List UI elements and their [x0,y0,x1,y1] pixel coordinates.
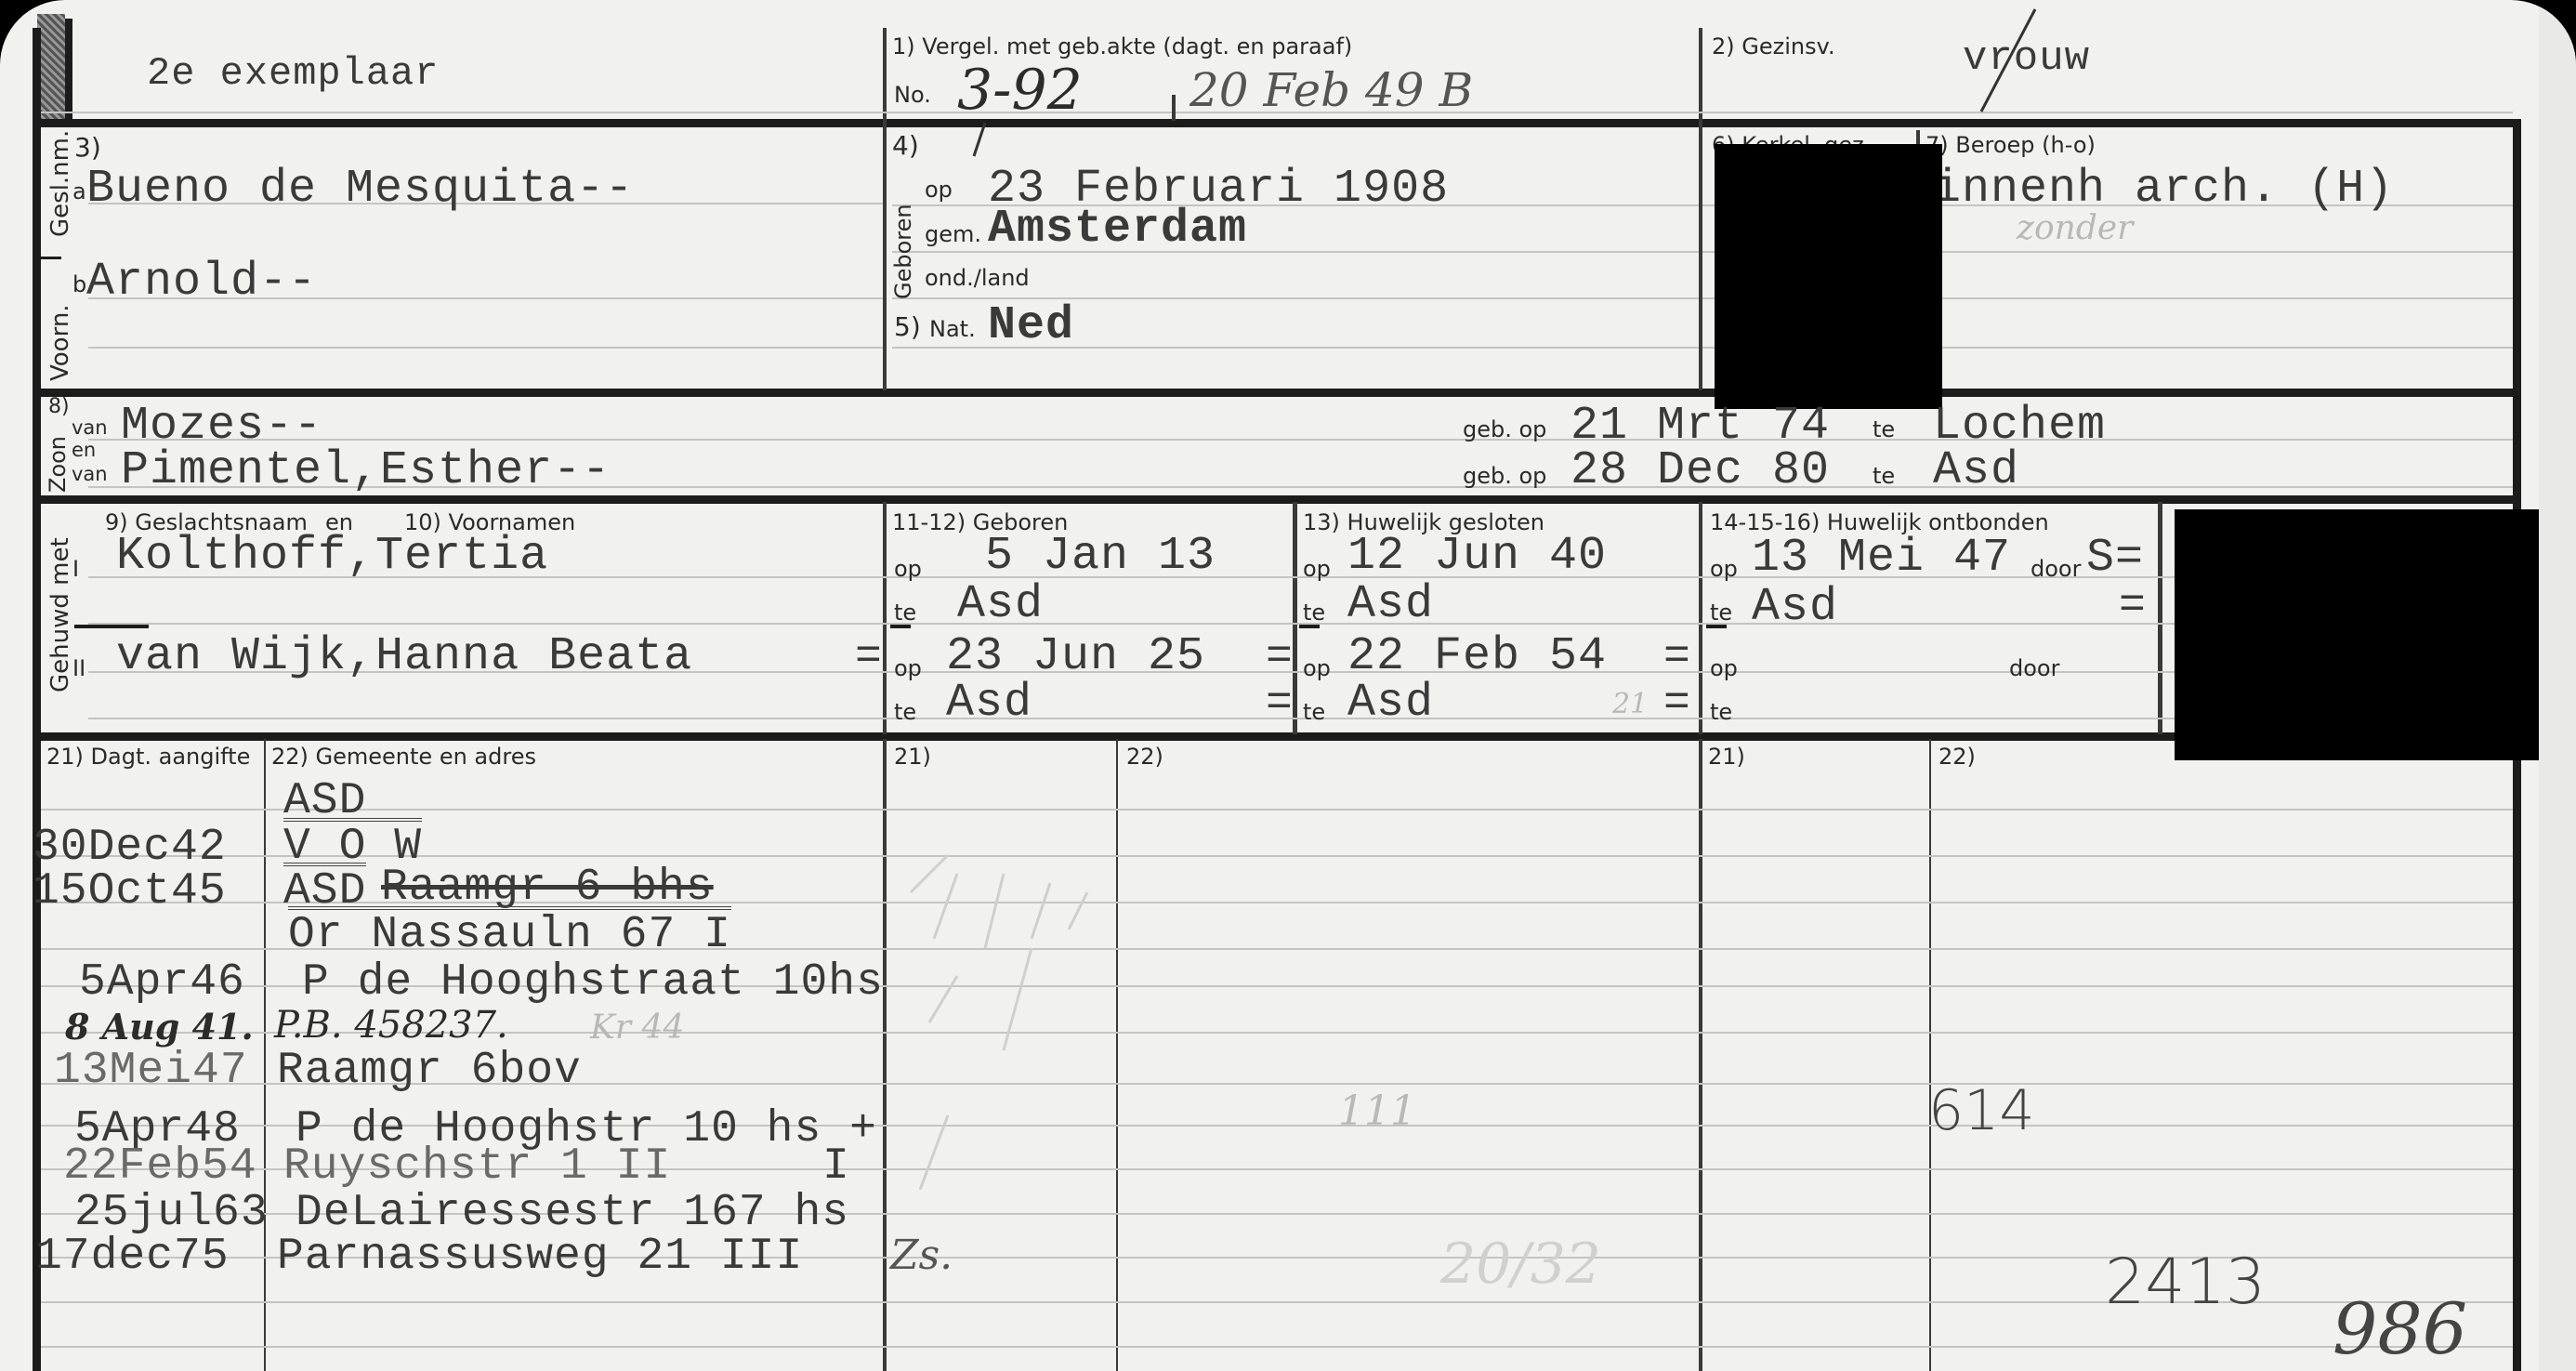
address-entry: Raamgr 6bov [277,1046,582,1096]
pencil-note: Kr 44 [590,1008,684,1047]
header-21: 21) [1708,744,1745,770]
father-geb-label: geb. op [1463,416,1546,442]
address-entry-struck: Raamgr 6 bhs [381,863,714,913]
address-date: 13Mei47 [54,1046,248,1096]
ditto-mark: = [1663,679,1691,729]
frame-line-row2 [33,389,2521,397]
mother-te-label: te [1873,463,1895,489]
field2-label: 2) Gezinsv. [1712,33,1835,59]
spouse-roman: II [72,655,85,681]
pencil-number: 20/32 [1440,1232,1601,1297]
divider [1699,739,1702,1371]
frame-strip [65,19,72,125]
spouse-married-date: 22 Feb 54 [1347,630,1607,683]
father-van-label: van [72,416,108,439]
field1-date-paraaf: 20 Feb 49 B [1189,63,1473,117]
spouse-dissolved-place: Asd [1752,581,1838,634]
handwritten-mark: Zs. [890,1232,953,1279]
header-22: 22) [1939,744,1976,770]
torn-edge [37,14,65,125]
redaction-box [1715,144,1942,409]
side-label-firstname: Voorn. [46,304,74,381]
te-label: te [1710,600,1732,626]
spouse-name: van Wijk,Hanna Beata [116,630,692,683]
handwritten-number-614: 614 [1928,1078,2035,1143]
address-date: 22Feb54 [63,1141,257,1192]
profession-value: innenh arch. (H) [1933,163,2394,216]
header-dagt-aangifte: 21) Dagt. aangifte [46,744,250,770]
address-entry: DeLairessestr 167 hs [296,1188,849,1238]
pencil-scribble-icon [892,837,1171,1190]
birth-ond-label: ond./land [925,265,1030,291]
address-date: 17dec75 [35,1232,230,1282]
spouse-married-place: Asd [1347,677,1434,730]
copy-label: 2e exemplaar [147,51,439,96]
address-date: 30Dec42 [33,823,227,873]
field4-number: 4) [892,130,919,161]
address-date: 25jul63 [74,1188,269,1238]
op-label: op [894,556,922,582]
address-date: 15Oct45 [33,866,227,916]
spouse-born-date: 5 Jan 13 [985,530,1216,583]
spouse-dissolved-by: S= [2086,532,2144,585]
field5-number: 5) [894,311,921,342]
side-label-zoon: Zoon [45,436,71,493]
te-label: te [1303,699,1325,725]
frame-left [33,28,41,1371]
ditto-mark: = [2119,581,2147,631]
separator [1706,625,1727,628]
firstname-value: Arnold-- [86,256,317,309]
ditto-mark: = [1663,632,1691,682]
divider [1699,28,1702,390]
nationality-value: Ned [988,299,1074,352]
firstname-marker: b [72,271,86,297]
mother-birth-place: Asd [1933,444,2019,497]
population-register-card: 2e exemplaar 1) Vergel. met geb.akte (da… [0,0,2576,1371]
header-21: 21) [894,744,931,770]
mother-birth-date: 28 Dec 80 [1571,444,1830,497]
door-label: door [2009,655,2059,681]
divider [1929,739,1931,1371]
handwritten-number-2413: 2413 [2105,1246,2266,1319]
address-suffix: I [822,1141,850,1192]
side-label-gehuwd: Gehuwd met [46,537,74,692]
spouse-born-place: Asd [946,677,1032,730]
op-label: op [894,655,922,681]
en-label: en [72,439,96,461]
father-te-label: te [1873,416,1895,442]
divider [1699,502,1702,734]
op-label: op [1303,556,1331,582]
separator [37,257,61,259]
pen-stroke-icon [957,121,994,158]
header-22: 22) [1126,744,1163,770]
header-gemeente-adres: 22) Gemeente en adres [271,744,536,770]
field8-number: 8) [48,395,70,418]
handwritten-number-986: 986 [2333,1287,2467,1370]
op-label: op [1303,655,1331,681]
birth-gem-label: gem. [925,221,981,247]
nationality-label: Nat. [929,316,976,342]
ditto-mark: = [1266,679,1294,729]
ditto-mark: = [855,632,883,682]
te-label: te [894,699,916,725]
field1-label: 1) Vergel. met geb.akte (dagt. en paraaf… [892,33,1352,59]
address-entry: Parnassusweg 21 III [277,1232,803,1282]
separator [74,625,149,628]
te-label: te [894,600,916,626]
frame-line-row4 [33,732,2521,741]
te-label: te [1710,699,1732,725]
side-label-geboren: Geboren [890,204,916,299]
surname-marker: a [72,178,86,204]
profession-pencil-note: zonder [2017,209,2133,247]
spouse-married-place: Asd [1347,578,1434,631]
divider [883,739,887,1371]
birth-op-label: op [925,177,953,203]
separator [890,625,911,628]
divider [883,28,887,390]
spouse-dissolved-date: 13 Mei 47 [1752,532,2011,585]
door-label: door [2031,556,2081,582]
side-label-surname: Gesl.nm. [46,130,74,237]
frame-line-top-row [33,119,2521,127]
field3-number: 3) [74,132,101,163]
ditto-mark: = [1266,632,1294,682]
divider [264,739,266,1371]
pencil-note: 21 [1612,688,1648,720]
address-entry: P de Hooghstraat 10hs [302,957,884,1008]
field7-label: 7) Beroep (h-o) [1925,132,2096,158]
op-label: op [1710,556,1738,582]
separator [1299,625,1320,628]
mother-geb-label: geb. op [1463,463,1546,489]
mother-van-label: van [72,463,108,485]
op-label: op [1710,655,1738,681]
surname-value: Bueno de Mesquita-- [86,163,634,216]
birth-place: Amsterdam [988,203,1247,256]
spouse-name: Kolthoff,Tertia [116,530,548,583]
address-entry-handwritten: P.B. 458237. [274,1004,508,1047]
mother-name: Pimentel,Esther-- [121,444,611,497]
address-entry: Ruyschstr 1 II [283,1141,671,1192]
tick-mark [1172,95,1176,121]
spouse-roman: I [72,556,79,582]
address-entry: Or Nassauln 67 I [288,906,731,960]
spouse-born-date: 23 Jun 25 [946,630,1205,683]
slash-mark-icon [1970,5,2044,116]
address-date-handwritten: 8 Aug 41. [65,1006,254,1048]
divider [2158,502,2162,734]
field1-no-value: 3-92 [957,58,1083,123]
spouse-married-date: 12 Jun 40 [1347,530,1607,583]
address-date: 5Apr46 [79,957,245,1008]
te-label: te [1303,600,1325,626]
spouse-born-place: Asd [957,578,1044,631]
redaction-box [2175,509,2546,760]
pencil-tally: 111 [1338,1088,1416,1135]
divider [883,502,887,734]
field1-no-label: No. [894,82,931,108]
